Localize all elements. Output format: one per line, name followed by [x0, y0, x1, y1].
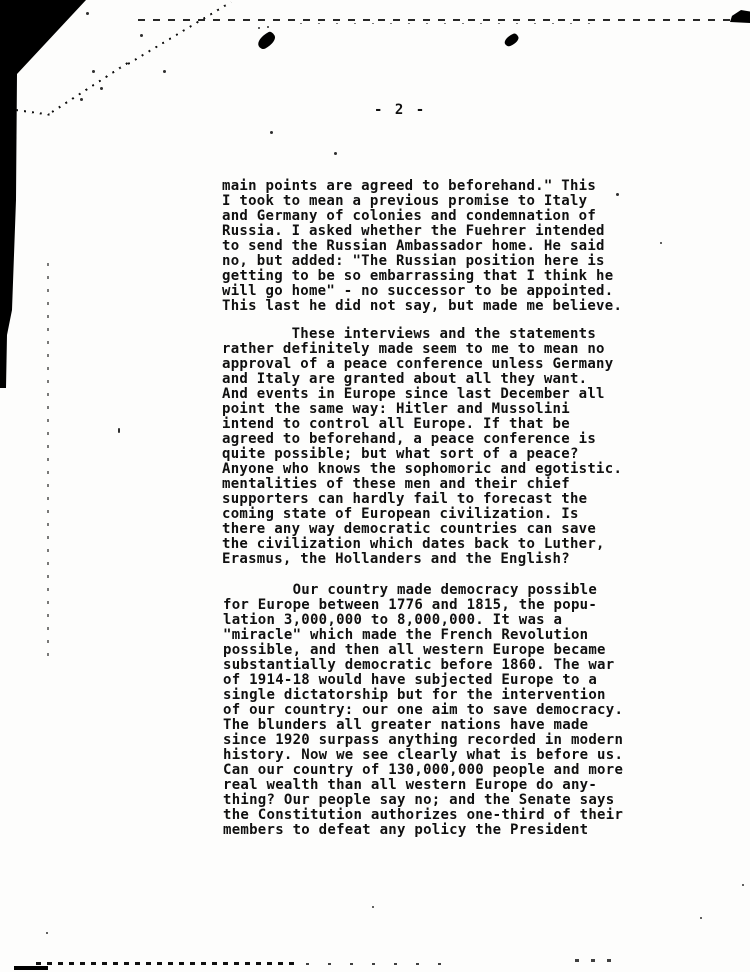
scan-speck: [92, 70, 95, 73]
scan-speck: [267, 26, 269, 28]
scan-speck: [258, 27, 260, 29]
scan-speck: [118, 428, 120, 433]
bottom-edge-dashed-line: [36, 962, 300, 965]
scan-speck: [700, 917, 702, 919]
scan-speck: [163, 70, 166, 73]
ink-blob: [255, 30, 278, 50]
ink-blob: [503, 32, 521, 47]
scan-speck: [270, 131, 273, 134]
body-paragraph: main points are agreed to beforehand." T…: [222, 179, 622, 314]
scan-speck: [86, 12, 89, 15]
scan-speck: [46, 932, 48, 934]
diagonal-crease-line: [51, 61, 129, 113]
bottom-edge-dotted-line: [575, 959, 621, 962]
page-number: - 2 -: [374, 103, 426, 118]
body-paragraph: These interviews and the statements rath…: [222, 327, 622, 567]
vertical-crease-dots: [47, 263, 49, 663]
scan-speck: [140, 34, 143, 37]
folded-corner-artifact: [0, 0, 92, 392]
diagonal-crease-line: [127, 1, 231, 65]
top-fold-dotted-line: [300, 23, 600, 24]
scan-speck: [372, 906, 374, 908]
scan-speck: [100, 87, 103, 90]
scan-speck: [334, 152, 337, 155]
bottom-edge-dotted-line: [306, 963, 456, 965]
diagonal-crease-line: [16, 109, 54, 116]
body-paragraph: Our country made democracy possible for …: [223, 583, 623, 838]
scan-speck: [660, 242, 662, 244]
top-right-ink-smudge: [730, 10, 750, 23]
bottom-corner-mark: [14, 966, 48, 970]
scan-speck: [80, 98, 83, 101]
top-fold-dashed-line: [138, 19, 750, 21]
scan-speck: [742, 884, 744, 886]
scanned-document-page: - 2 - main points are agreed to beforeha…: [0, 0, 750, 972]
